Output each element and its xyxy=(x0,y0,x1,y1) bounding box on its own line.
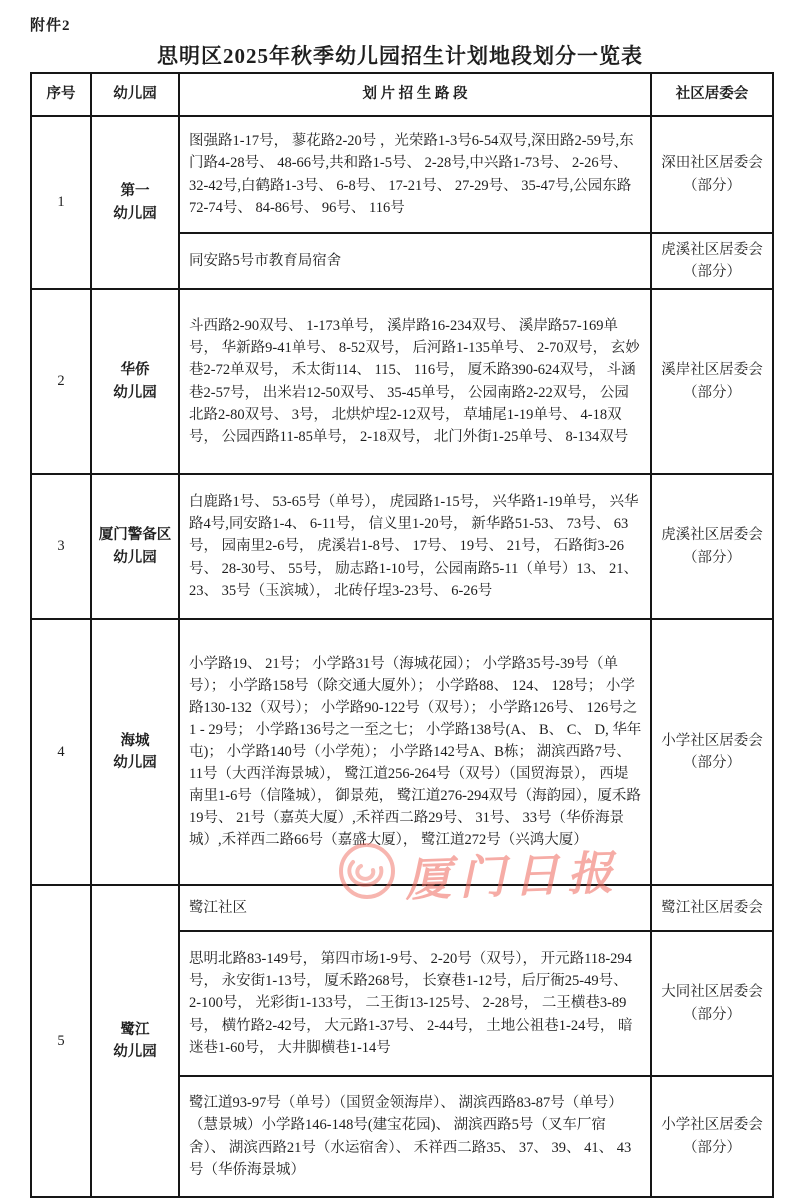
committee-cell: 深田社区居委会 （部分） xyxy=(651,116,773,233)
table-row: 3 厦门警备区 幼儿园 白鹿路1号、 53-65号（单号）， 虎园路1-15号，… xyxy=(31,474,773,619)
committee-cell: 溪岸社区居委会 （部分） xyxy=(651,289,773,474)
table-row: 2 华侨 幼儿园 斗西路2-90双号、 1-173单号， 溪岸路16-234双号… xyxy=(31,289,773,474)
routes-cell: 鹭江社区 xyxy=(179,885,651,931)
routes-cell: 图强路1-17号， 蓼花路2-20号 ，光荣路1-3号6-54双号,深田路2-5… xyxy=(179,116,651,233)
header-committee: 社区居委会 xyxy=(651,73,773,116)
routes-cell: 小学路19、 21号； 小学路31号（海城花园）； 小学路35号-39号（单号）… xyxy=(179,619,651,885)
committee-cell: 鹭江社区居委会 xyxy=(651,885,773,931)
header-kindergarten: 幼儿园 xyxy=(91,73,179,116)
document-page: 附件2 思明区2025年秋季幼儿园招生计划地段划分一览表 序号 幼儿园 划 片 … xyxy=(0,0,800,1202)
routes-cell: 白鹿路1号、 53-65号（单号）， 虎园路1-15号， 兴华路1-19单号， … xyxy=(179,474,651,619)
kindergarten-cell-3: 厦门警备区 幼儿园 xyxy=(91,474,179,619)
header-routes: 划 片 招 生 路 段 xyxy=(179,73,651,116)
committee-cell: 虎溪社区居委会 （部分） xyxy=(651,474,773,619)
routes-cell: 思明北路83-149号， 第四市场1-9号、 2-20号（双号）， 开元路118… xyxy=(179,931,651,1076)
enrollment-table: 序号 幼儿园 划 片 招 生 路 段 社区居委会 1 第一 幼儿园 图强路1-1… xyxy=(30,72,774,1198)
committee-cell: 小学社区居委会 （部分） xyxy=(651,1076,773,1197)
seq-cell-1: 1 xyxy=(31,116,91,289)
committee-cell: 大同社区居委会 （部分） xyxy=(651,931,773,1076)
attachment-label: 附件2 xyxy=(30,14,71,35)
seq-cell-5: 5 xyxy=(31,885,91,1197)
seq-cell-3: 3 xyxy=(31,474,91,619)
committee-cell: 小学社区居委会 （部分） xyxy=(651,619,773,885)
committee-cell: 虎溪社区居委会 （部分） xyxy=(651,233,773,289)
table-row: 1 第一 幼儿园 图强路1-17号， 蓼花路2-20号 ，光荣路1-3号6-54… xyxy=(31,116,773,233)
kindergarten-cell-1: 第一 幼儿园 xyxy=(91,116,179,289)
routes-cell: 斗西路2-90双号、 1-173单号， 溪岸路16-234双号、 溪岸路57-1… xyxy=(179,289,651,474)
table-row: 4 海城 幼儿园 小学路19、 21号； 小学路31号（海城花园）； 小学路35… xyxy=(31,619,773,885)
kindergarten-cell-2: 华侨 幼儿园 xyxy=(91,289,179,474)
header-row: 序号 幼儿园 划 片 招 生 路 段 社区居委会 xyxy=(31,73,773,116)
kindergarten-cell-4: 海城 幼儿园 xyxy=(91,619,179,885)
routes-cell: 鹭江道93-97号（单号）（国贸金领海岸）、 湖滨西路83-87号（单号）（慧景… xyxy=(179,1076,651,1197)
routes-cell: 同安路5号市教育局宿舍 xyxy=(179,233,651,289)
seq-cell-4: 4 xyxy=(31,619,91,885)
kindergarten-cell-5: 鹭江 幼儿园 xyxy=(91,885,179,1197)
page-title: 思明区2025年秋季幼儿园招生计划地段划分一览表 xyxy=(0,40,800,70)
header-seq: 序号 xyxy=(31,73,91,116)
seq-cell-2: 2 xyxy=(31,289,91,474)
table-row: 5 鹭江 幼儿园 鹭江社区 鹭江社区居委会 xyxy=(31,885,773,931)
